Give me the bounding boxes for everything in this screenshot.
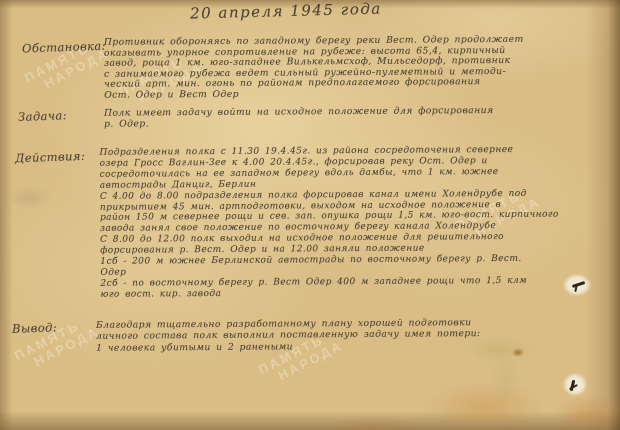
section-label-vyvod: Вывод: [12, 320, 57, 336]
section-text-deystviya: Подразделения полка с 11.30 19.4.45г. из… [99, 144, 605, 300]
scanned-document-page: ПАМЯТЬ НАРОДА ПАМЯТЬ НАРОДА ПАМЯТЬ НАРОД… [0, 0, 620, 430]
section-label-zadacha: Задача: [18, 108, 67, 124]
paper-stain [330, 415, 420, 430]
paper-stain [554, 394, 620, 430]
section-text-zadacha: Полк имеет задачу войти на исходное поло… [104, 104, 574, 129]
section-label-deystviya: Действия: [15, 149, 86, 165]
paper-stain [490, 356, 522, 404]
paper-stain [425, 381, 545, 430]
section-text-vyvod: Благодаря тщательно разработанному плану… [96, 316, 586, 353]
paper-hole [563, 373, 587, 396]
date-header: 20 апреля 1945 года [190, 0, 382, 23]
section-text-obstanovka: Противник обороняясь по западному берегу… [104, 34, 594, 101]
handwritten-line: Ост. Одер и Вест Одер [104, 87, 594, 101]
paper-stain [8, 186, 52, 210]
section-label-obstanovka: Обстановка: [22, 39, 106, 56]
